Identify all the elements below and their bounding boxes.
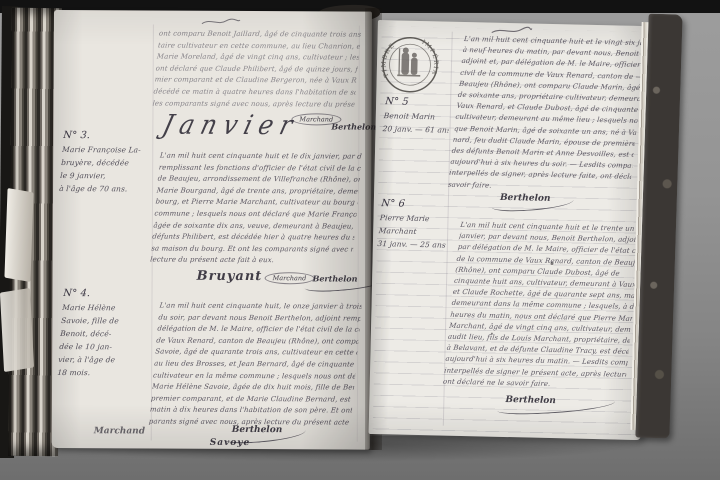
act-5-signature-row: Berthelon: [454, 192, 636, 220]
handwriting-line: mier comparant et de Claudine Bergeron, …: [154, 75, 357, 88]
handwriting-line: Benoit, décé-: [60, 327, 153, 340]
edge-rule-line: [357, 26, 360, 442]
handwriting-line: du soir, par devant nous Benoit Berthelo…: [158, 312, 361, 325]
handwriting-line: Savoie, fille de: [61, 314, 154, 327]
handwriting-line: dée le 10 jan-: [59, 340, 152, 353]
handwriting-line: au lieu des Brosses, et Jean Bernard, âg…: [154, 359, 357, 372]
margin-note-act-4: N° 4.Marie HélèneSavoie, fille deBenoit,…: [57, 286, 156, 379]
handwriting-line: remplissant les fonctions d'officier de …: [158, 162, 361, 175]
register-scan-photo: N° 3.Marie Françoise La-bruyère, décédée…: [0, 0, 720, 480]
margin-note-act-3: N° 3.Marie Françoise La-bruyère, décédée…: [59, 128, 156, 195]
margin-note-act-6: N° 6Pierre MarieMarchant31 janv. — 25 an…: [377, 196, 450, 251]
handwriting-line: défunts Philibert, est décédée hier à qu…: [152, 232, 355, 245]
handwriting-line: N° 3.: [63, 128, 156, 143]
berthelon-signature: Berthelon: [232, 425, 283, 435]
flourish-signature-row: Janvier Marchand Berthelon: [163, 111, 363, 148]
marchand-signature: Marchand: [94, 426, 145, 436]
act-3-body-text: L'an mil huit cent cinquante huit et le …: [150, 151, 363, 268]
act-5-body-text: L'an mil huit cent cinquante huit et le …: [447, 34, 646, 195]
act-4-body-text: L'an mil huit cent cinquante huit, le on…: [148, 301, 362, 430]
handwriting-line: Marie Hélène: [62, 301, 155, 314]
ink-spot: [491, 333, 493, 335]
handwriting-line: à l'âge de 70 ans.: [59, 182, 152, 195]
stamp-arc-left-text: TIMBRE: [380, 41, 396, 78]
handwriting-line: commune ; lesquels nous ont déclaré que …: [154, 209, 357, 222]
handwriting-line: Marie Hélène Savoie, âgée de dix huit mo…: [151, 382, 354, 395]
loose-page-edge: [4, 188, 33, 282]
margin-note-act-5: N° 5Benoit Marin20 janv. — 61 ans: [382, 94, 452, 136]
ornate-month-flourish: Janvier: [159, 109, 302, 141]
handwriting-line: décédé ce matin à quatre heures dans l'h…: [153, 86, 356, 99]
handwriting-line: 31 janv. — 25 ans: [377, 237, 446, 252]
handwriting-line: Marie Moreland, âgé de vingt cinq ans, c…: [156, 52, 359, 65]
handwriting-line: ont déclaré que Claude Philibert, âgé de…: [155, 63, 358, 76]
act-3-signature-row: Bruyant Marchand Berthelon: [155, 269, 365, 298]
handwriting-line: de Beaujeu, arrondissement de Villefranc…: [157, 174, 360, 187]
handwriting-line: Marie Bourgand, âgé de trente ans, propr…: [156, 185, 359, 198]
handwriting-line: Savoie, âgé de quarante trois ans, culti…: [155, 347, 358, 360]
handwriting-line: de Vaux Renard, canton de Beaujeu (Rhône…: [156, 335, 359, 348]
handwriting-line: bourg, et Pierre Marie Marchant, cultiva…: [155, 197, 358, 210]
ink-spot: [550, 262, 553, 265]
act-6-signature-row: Berthelon: [449, 394, 631, 422]
handwriting-line: délégation de M. le Maire, officier de l…: [157, 324, 360, 337]
bruyant-signature: Bruyant: [197, 269, 263, 284]
svg-text:TIMBRE: TIMBRE: [380, 41, 396, 78]
handwriting-line: vier, à l'âge de: [58, 353, 151, 366]
berthelon-signature: Berthelon: [313, 273, 358, 283]
handwriting-line: sa maison du bourg. Et ont les comparant…: [151, 243, 354, 256]
handwriting-line: L'an mil huit cent cinquante huit et le …: [159, 151, 362, 164]
handwriting-line: matin à dix heures dans l'habitation de …: [149, 405, 352, 418]
handwriting-line: N° 6: [381, 196, 450, 213]
left-page: N° 3.Marie Françoise La-bruyère, décédée…: [52, 10, 372, 450]
stamp-figure: [397, 47, 421, 76]
act-6-body-text: L'an mil huit cent cinquante huit et le …: [442, 220, 642, 392]
berthelon-signature: Berthelon: [505, 395, 556, 406]
loose-page-edge: [0, 288, 34, 372]
handwriting-line: ont comparu Benoit Jaillard, âgé de cinq…: [158, 29, 361, 42]
handwriting-line: N° 5: [384, 94, 451, 110]
berthelon-signature: Berthelon: [500, 193, 551, 204]
handwriting-line: taire cultivateur en cette commune, au l…: [157, 40, 360, 53]
handwriting-line: L'an mil huit cent cinquante huit, le on…: [159, 301, 362, 314]
savoye-signature: Savoye: [210, 438, 251, 448]
handwriting-line: lecture du présent acte fait à eux.: [150, 255, 353, 268]
handwriting-line: bruyère, décédée: [61, 156, 154, 169]
handwriting-line: 18 mois.: [57, 366, 150, 379]
handwriting-line: 20 janv. — 61 ans: [382, 122, 449, 136]
handwriting-line: Marie Françoise La-: [62, 143, 155, 156]
act-4-signature-row: Marchand Berthelon Savoye: [154, 425, 364, 450]
handwriting-line: premier comparant, et de Marie Claudine …: [150, 393, 353, 406]
handwriting-line: âgée de soixante dix ans, veuve, demeura…: [153, 220, 356, 233]
pen-squiggle-mark: [200, 17, 242, 27]
right-page: TIMBRE IMPÉRIAL N° 5Benoit Marin20 janv.…: [369, 20, 650, 440]
act-continuation-text: ont comparu Benoit Jaillard, âgé de cinq…: [152, 29, 362, 111]
timbre-imperial-stamp: TIMBRE IMPÉRIAL: [380, 35, 439, 94]
handwriting-line: N° 4.: [63, 286, 156, 301]
handwriting-line: cultivateur en la même commune ; lesquel…: [153, 370, 356, 383]
handwriting-line: le 9 janvier,: [60, 169, 153, 182]
